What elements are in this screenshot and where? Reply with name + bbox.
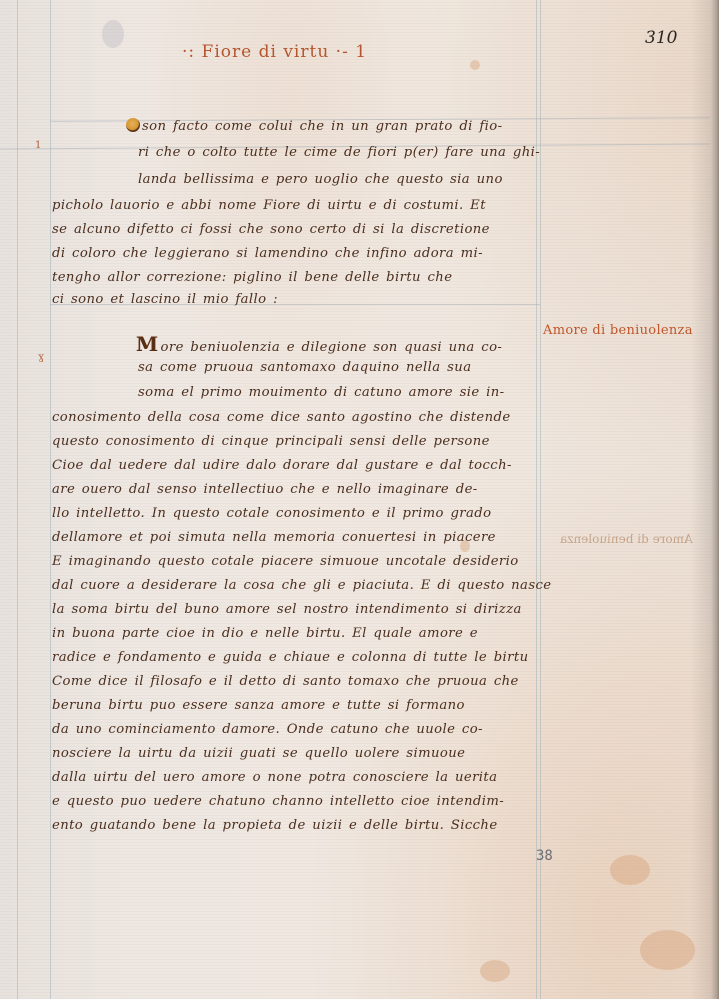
text-line: dalla uirtu del uero amore o none potra … xyxy=(52,770,497,785)
text-line: E imaginando questo cotale piacere simuo… xyxy=(52,554,519,569)
text-line: beruna birtu puo essere sanza amore e tu… xyxy=(52,698,465,713)
text-line: da uno cominciamento damore. Onde catuno… xyxy=(52,722,483,737)
text-line: nosciere la uirtu da uizii guati se quel… xyxy=(52,746,465,761)
text-line: in buona parte cioe in dio e nelle birtu… xyxy=(52,626,478,641)
text-line: ri che o colto tutte le cime de fiori p(… xyxy=(138,145,540,160)
decorated-initial-m: M xyxy=(136,332,159,356)
text-line: e questo puo uedere chatuno channo intel… xyxy=(52,794,504,809)
main-text: son facto come colui che in un gran prat… xyxy=(0,0,719,999)
text-line: ento guatando bene la propieta de uizii … xyxy=(52,818,498,833)
text-line: la soma birtu del buno amore sel nostro … xyxy=(52,602,522,617)
text-line: picholo lauorio e abbi nome Fiore di uir… xyxy=(52,198,486,213)
text-line: tengho allor correzione: piglino il bene… xyxy=(52,270,452,285)
text-line: son facto come colui che in un gran prat… xyxy=(126,118,502,134)
text-line: se alcuno difetto ci fossi che sono cert… xyxy=(52,222,490,237)
text-line: llo intelletto. In questo cotale conosim… xyxy=(52,506,491,521)
stamped-page-number: 38 xyxy=(536,848,553,864)
text-line: dellamore et poi simuta nella memoria co… xyxy=(52,530,496,545)
text-line: Come dice il filosafo e il detto di sant… xyxy=(52,674,519,689)
text-line: questo conosimento di cinque principali … xyxy=(52,434,490,449)
text-line: dal cuore a desiderare la cosa che gli e… xyxy=(52,578,551,593)
manuscript-page: 310 ·: Fiore di virtu ·- 1 1 ɣ Amore di … xyxy=(0,0,719,999)
text-line: ci sono et lascino il mio fallo : xyxy=(52,292,278,307)
text-line: soma el primo mouimento di catuno amore … xyxy=(138,385,505,400)
text-line: landa bellissima e pero uoglio che quest… xyxy=(138,172,503,187)
text-line: conosimento della cosa come dice santo a… xyxy=(52,410,511,425)
text-line: sa come pruoua santomaxo daquino nella s… xyxy=(138,360,471,375)
text-line: are ouero dal senso intellectiuo che e n… xyxy=(52,482,478,497)
text-line: di coloro che leggierano si lamendino ch… xyxy=(52,246,483,261)
text-line: Cioe dal uedere dal udire dalo dorare da… xyxy=(52,458,512,473)
text-line: radice e fondamento e guida e chiaue e c… xyxy=(52,650,528,665)
decorated-initial-o xyxy=(126,118,140,132)
text-line: More beniuolenzia e dilegione son quasi … xyxy=(136,332,502,356)
